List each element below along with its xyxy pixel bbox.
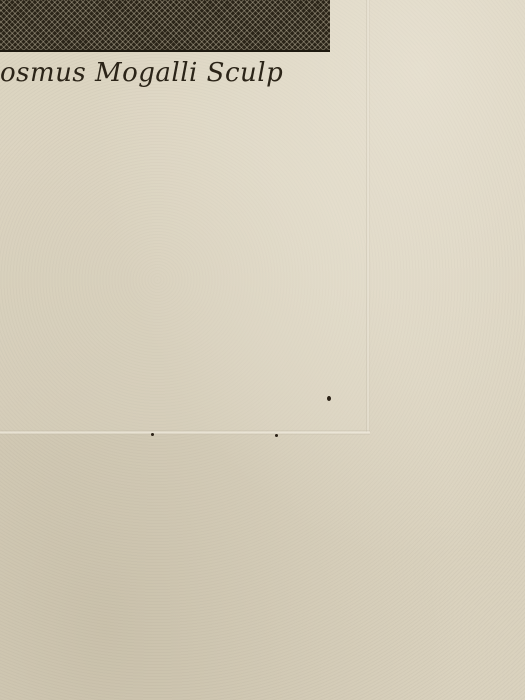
foxing-spot	[275, 434, 278, 437]
foxing-spot	[151, 433, 154, 436]
engraved-crosshatch-area	[0, 0, 330, 52]
plate-mark-vertical	[366, 0, 370, 432]
engraver-inscription: osmus Mogalli Sculp	[0, 58, 283, 88]
foxing-spot	[327, 396, 331, 401]
plate-mark-horizontal	[0, 430, 370, 435]
